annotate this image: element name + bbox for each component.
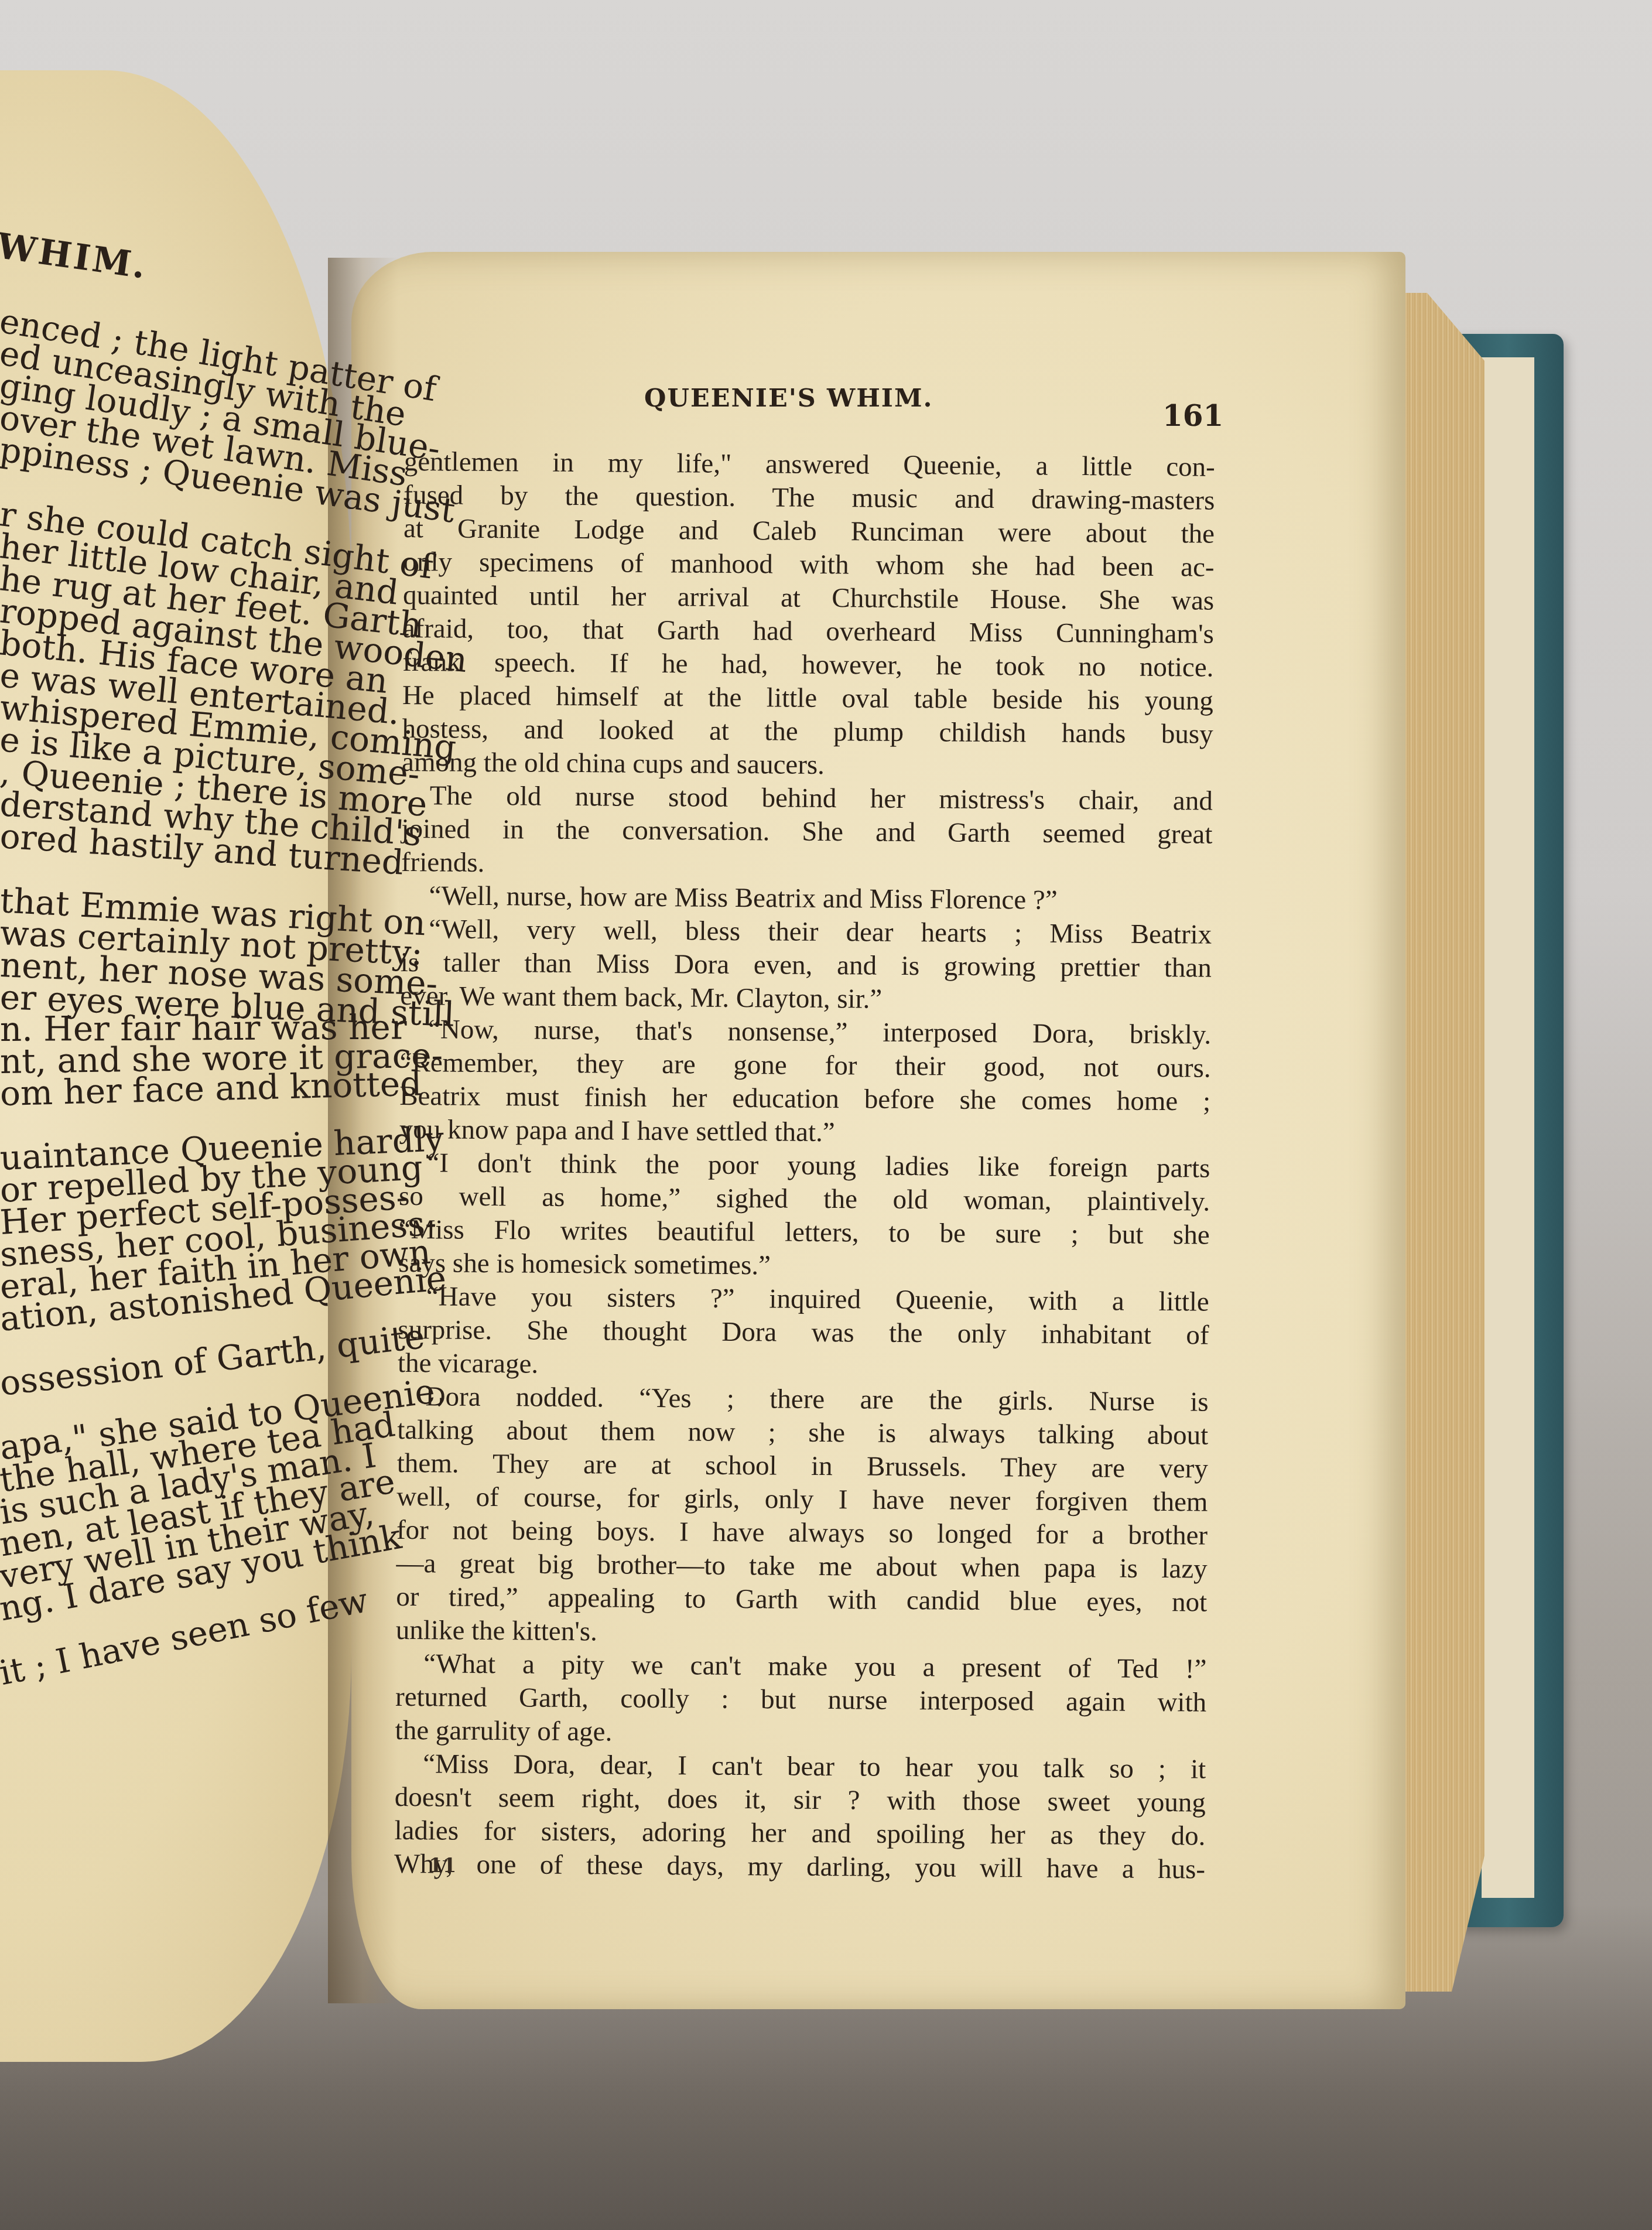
text-line: talking about them now ; she is always t… (397, 1413, 1208, 1453)
text-line: The old nurse stood behind her mistress'… (402, 779, 1213, 818)
text-line: Dora nodded. “Yes ; there are the girls.… (397, 1380, 1208, 1419)
text-line: afraid, too, that Garth had overheard Mi… (403, 612, 1214, 651)
text-line: “Well, very well, bless their dear heart… (401, 913, 1212, 952)
text-line: so well as home,” sighed the old woman, … (399, 1180, 1210, 1219)
text-line: the vicarage. (398, 1347, 1209, 1386)
text-line: the garrulity of age. (395, 1714, 1206, 1753)
text-line: Beatrix must finish her education before… (399, 1080, 1210, 1119)
text-line: friends. (401, 846, 1212, 885)
text-line: “I don't think the poor young ladies lik… (399, 1146, 1210, 1186)
text-line: frank speech. If he had, however, he too… (402, 646, 1213, 685)
text-line: “Well, nurse, how are Miss Beatrix and M… (401, 879, 1212, 918)
text-line: “Have you sisters ?” inquired Queenie, w… (398, 1280, 1209, 1319)
text-line: hostess, and looked at the plump childis… (402, 712, 1213, 752)
text-line: “Miss Dora, dear, I can't bear to hear y… (395, 1747, 1206, 1787)
text-line: ladies for sisters, adoring her and spoi… (394, 1814, 1205, 1853)
right-page-text: gentlemen in my life," answered Queenie,… (394, 445, 1215, 1887)
right-running-head: QUEENIE'S WHIM. (644, 384, 933, 413)
text-line: gentlemen in my life," answered Queenie,… (404, 445, 1215, 484)
text-line: is taller than Miss Dora even, and is gr… (401, 946, 1212, 985)
left-page-text: enced ; the light patter ofed unceasingl… (0, 305, 346, 1690)
text-line: ever. We want them back, Mr. Clayton, si… (400, 979, 1211, 1019)
text-line: you know papa and I have settled that.” (399, 1113, 1210, 1152)
text-line: returned Garth, coolly : but nurse inter… (395, 1681, 1206, 1720)
page-block-edges (1403, 293, 1485, 1992)
signature-mark: 11 (429, 1854, 456, 1877)
text-line: surprise. She thought Dora was the only … (398, 1313, 1209, 1353)
text-line: —a great big brother—to take me about wh… (396, 1547, 1207, 1586)
text-line: them. They are at school in Brussels. Th… (397, 1447, 1208, 1486)
text-line: “Now, nurse, that's nonsense,” interpose… (400, 1013, 1211, 1052)
text-line: only specimens of manhood with whom she … (403, 545, 1214, 585)
text-line: for not being boys. I have always so lon… (396, 1514, 1208, 1553)
text-line: says she is homesick sometimes.” (398, 1247, 1209, 1286)
text-line: unlike the kitten's. (396, 1614, 1207, 1653)
text-line: fused by the question. The music and dra… (403, 479, 1215, 518)
text-line: at Granite Lodge and Caleb Runciman were… (403, 512, 1215, 551)
text-line: “Remember, they are gone for their good,… (399, 1046, 1210, 1085)
text-line: quainted until her arrival at Churchstil… (403, 579, 1214, 618)
text-line: doesn't seem right, does it, sir ? with … (395, 1781, 1206, 1820)
text-line: or tired,” appealing to Garth with candi… (396, 1580, 1207, 1620)
text-line: well, of course, for girls, only I have … (396, 1480, 1208, 1519)
text-line: “What a pity we can't make you a present… (395, 1647, 1206, 1686)
page-number: 161 (1162, 398, 1223, 433)
text-line: joined in the conversation. She and Gart… (401, 812, 1212, 852)
text-line: “Miss Flo writes beautiful letters, to b… (398, 1213, 1209, 1252)
back-endpaper (1482, 357, 1534, 1898)
text-line: He placed himself at the little oval tab… (402, 679, 1213, 718)
text-line: among the old china cups and saucers. (402, 746, 1213, 785)
text-line: Why, one of these days, my darling, you … (394, 1847, 1205, 1887)
